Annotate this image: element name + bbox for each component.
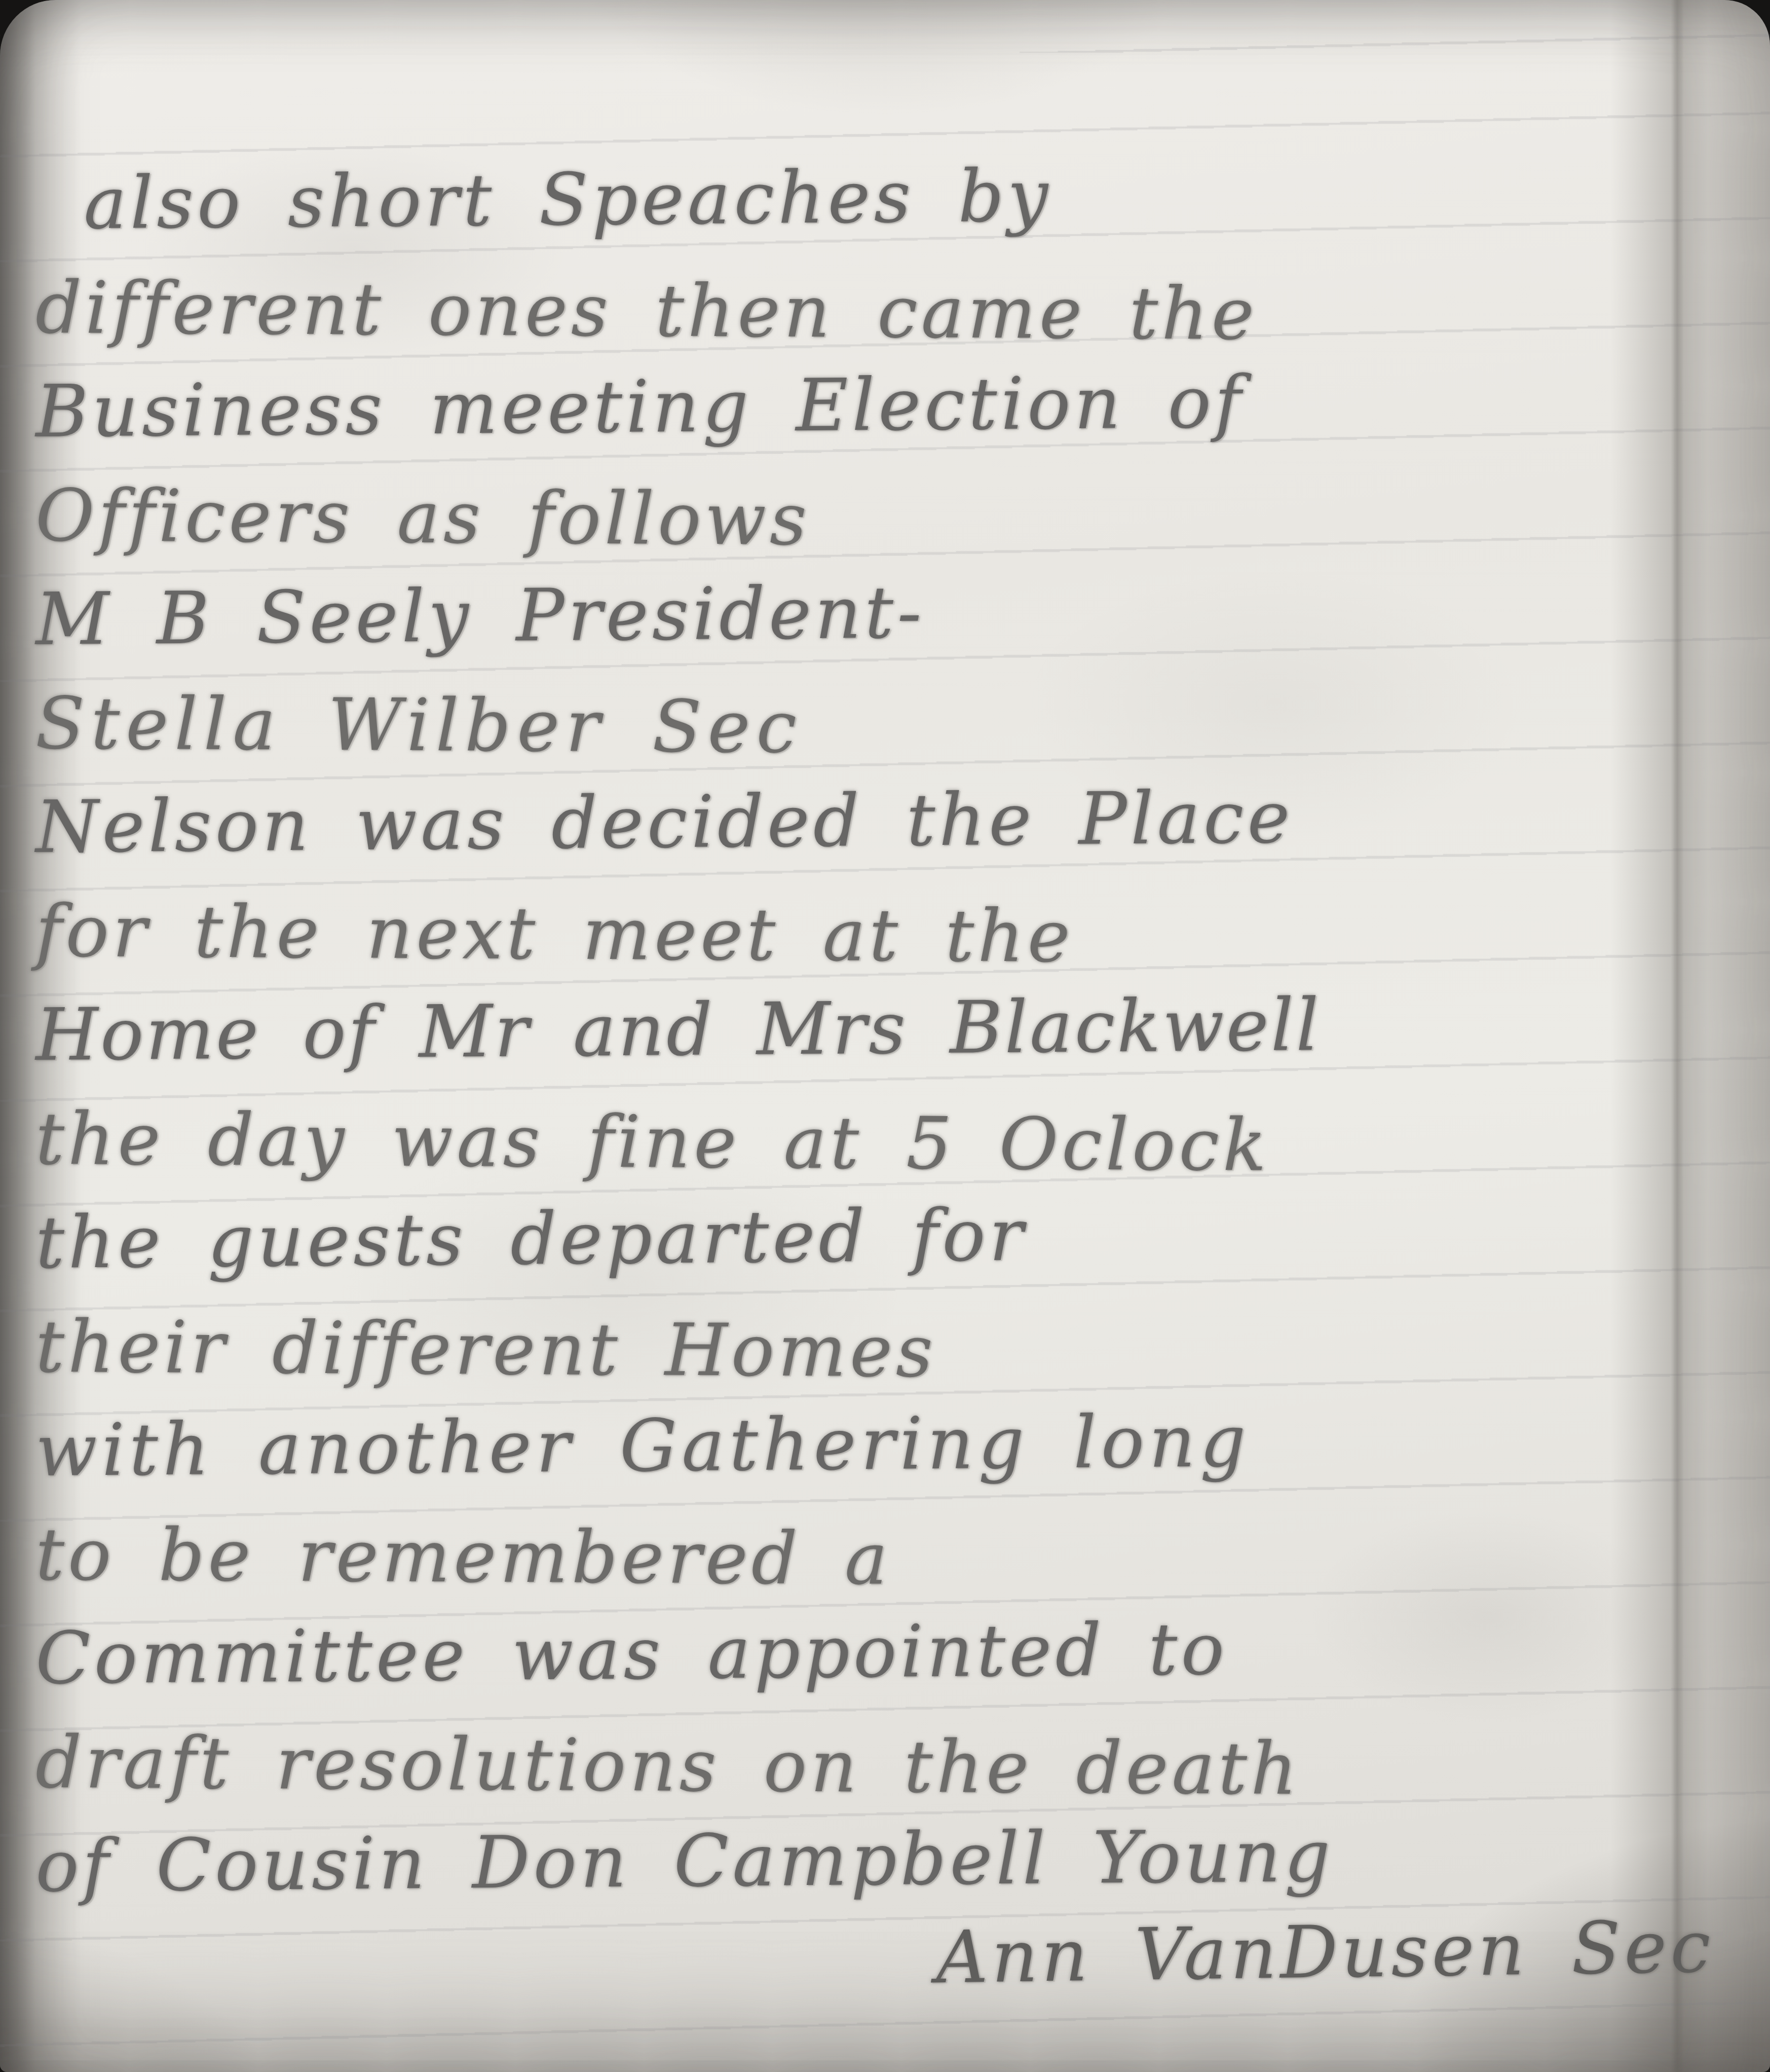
handwriting-block: also short Speaches by different ones th… [0, 152, 1770, 2022]
handwritten-line: with another Gathering long [35, 1386, 1735, 1503]
handwritten-line: M B Seely President- [35, 554, 1735, 672]
handwritten-line: the guests departed for [35, 1178, 1735, 1295]
handwritten-line: Nelson was decided the Place [35, 762, 1735, 879]
handwritten-line: Business meeting Election of [35, 347, 1735, 464]
handwritten-line: Committee was appointed to [35, 1594, 1735, 1711]
scan-background: also short Speaches by different ones th… [0, 0, 1770, 2072]
notebook-page: also short Speaches by different ones th… [0, 0, 1770, 2072]
handwritten-line: Home of Mr and Mrs Blackwell [35, 970, 1735, 1087]
handwritten-line: also short Speaches by [35, 139, 1735, 256]
